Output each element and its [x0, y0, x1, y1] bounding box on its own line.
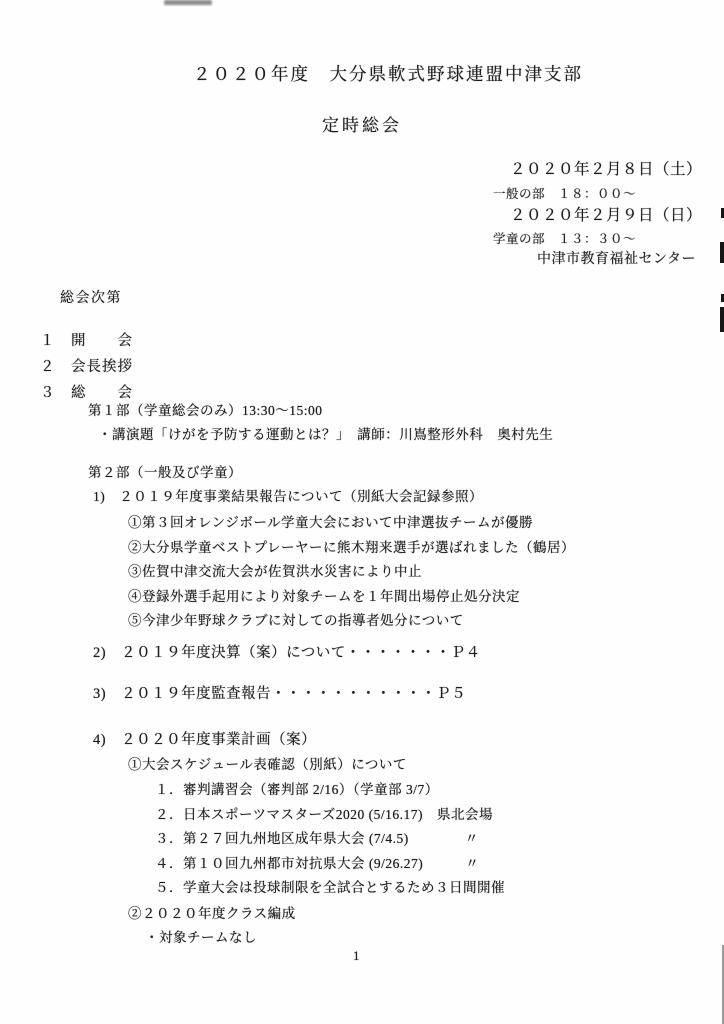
- schedule-list-4: ４．第１０回九州都市対抗県大会 (9/26.27) 〃: [155, 852, 505, 877]
- schedule-list: １．審判講習会（審判部 2/16）（学童部 3/7） ２．日本スポーツマスターズ…: [155, 778, 505, 901]
- schedule-list-3: ３．第２７回九州地区成年県大会 (7/4.5) 〃: [155, 827, 505, 852]
- class-formation-heading: ②２０２０年度クラス編成: [128, 906, 296, 922]
- schedule-date-2: ２０２０年２月９日（日）: [510, 207, 702, 226]
- report-subitem-2: ②大分県学童ベストプレーヤーに熊木翔来選手が選ばれました（鶴居）: [128, 536, 575, 561]
- agenda-heading: 総会次第: [60, 291, 122, 308]
- schedule-session-2: 学童の部 １３：３０～: [493, 232, 636, 247]
- part2-item3: 3) ２０１９年度監査報告・・・・・・・・・・・Ｐ５: [93, 686, 466, 703]
- venue: 中津市教育福祉センター: [537, 252, 696, 269]
- part2-item2: 2) ２０１９年度決算（案）について・・・・・・・Ｐ４: [93, 645, 481, 662]
- scan-artifact: [720, 242, 724, 263]
- page-number: 1: [353, 948, 360, 964]
- document-title: ２０２０年度 大分県軟式野球連盟中津支部: [26, 64, 724, 85]
- part1-heading: 第１部（学童総会のみ）13:30～15:00: [88, 403, 323, 419]
- schedule-table-heading: ①大会スケジュール表確認（別紙）について: [128, 757, 407, 773]
- scan-artifact: [720, 307, 724, 332]
- part2-item1-sublist: ①第３回オレンジボール学童大会において中津選抜チームが優勝 ②大分県学童ベストプ…: [128, 511, 575, 634]
- schedule-session-1: 一般の部 １８：００～: [493, 187, 636, 202]
- report-subitem-4: ④登録外選手起用により対象チームを１年間出場停止処分決定: [128, 585, 575, 610]
- scanned-document-page: ２０２０年度 大分県軟式野球連盟中津支部 定時総会 ２０２０年２月８日（土） 一…: [0, 0, 724, 1024]
- document-subtitle: 定時総会: [0, 116, 724, 136]
- part2-heading: 第２部（一般及び学童）: [88, 465, 242, 481]
- part1-lecture: ・講演題「けがを予防する運動とは？」 講師：川嶌整形外科 奥村先生: [98, 427, 553, 443]
- schedule-list-1: １．審判講習会（審判部 2/16）（学童部 3/7）: [155, 778, 505, 803]
- part2-item4-heading: 4) ２０２０年度事業計画（案）: [93, 732, 316, 749]
- agenda-item-1: １ 開 会: [40, 333, 133, 350]
- agenda-item-3: ３ 総 会: [40, 385, 133, 402]
- part2-item1-heading: 1) ２０１９年度事業結果報告について（別紙大会記録参照）: [93, 489, 483, 505]
- class-formation-note: ・対象チームなし: [145, 930, 257, 946]
- agenda-item-2: ２ 会長挨拶: [40, 359, 133, 376]
- schedule-list-2: ２．日本スポーツマスターズ2020 (5/16.17) 県北会場: [155, 803, 505, 828]
- schedule-list-5: ５．学童大会は投球制限を全試合とするため３日間開催: [155, 876, 505, 901]
- report-subitem-5: ⑤今津少年野球クラブに対しての指導者処分について: [128, 609, 575, 634]
- schedule-date-1: ２０２０年２月８日（土）: [510, 161, 702, 180]
- report-subitem-3: ③佐賀中津交流大会が佐賀洪水災害により中止: [128, 560, 575, 585]
- scan-smudge-top: [164, 0, 212, 5]
- report-subitem-1: ①第３回オレンジボール学童大会において中津選抜チームが優勝: [128, 511, 575, 536]
